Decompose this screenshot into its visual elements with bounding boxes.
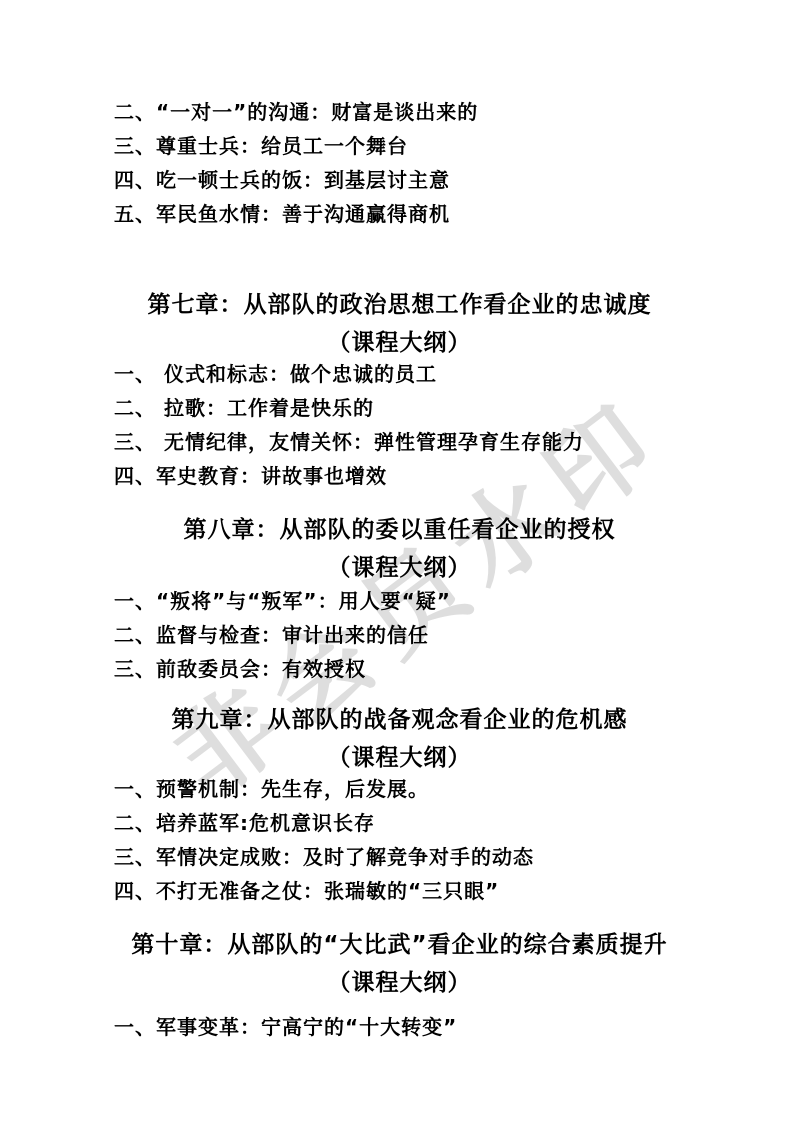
outline-item: 二、 拉歌：工作着是快乐的 bbox=[114, 391, 685, 425]
outline-list-chapter-9: 一、预警机制：先生存，后发展。 二、培养蓝军:危机意识长存 三、军情决定成败：及… bbox=[114, 772, 685, 908]
outline-item: 二、培养蓝军:危机意识长存 bbox=[114, 806, 685, 840]
chapter-title: 第十章：从部队的“大比武”看企业的综合素质提升 bbox=[114, 926, 685, 964]
chapter-subtitle: （课程大纲） bbox=[114, 964, 685, 1002]
chapter-title: 第八章：从部队的委以重任看企业的授权 bbox=[114, 511, 685, 549]
outline-item: 二、“一对一”的沟通：财富是谈出来的 bbox=[114, 95, 685, 129]
outline-item: 一、 仪式和标志：做个忠诚的员工 bbox=[114, 357, 685, 391]
outline-item: 一、预警机制：先生存，后发展。 bbox=[114, 772, 685, 806]
outline-item: 三、前敌委员会：有效授权 bbox=[114, 652, 685, 686]
outline-item: 一、军事变革：宁高宁的“十大转变” bbox=[114, 1010, 685, 1044]
outline-item: 二、监督与检查：审计出来的信任 bbox=[114, 618, 685, 652]
chapter-heading-7: 第七章：从部队的政治思想工作看企业的忠诚度 （课程大纲） bbox=[114, 286, 685, 362]
chapter-heading-8: 第八章：从部队的委以重任看企业的授权 （课程大纲） bbox=[114, 511, 685, 587]
outline-list-chapter-10: 一、军事变革：宁高宁的“十大转变” bbox=[114, 1010, 685, 1044]
chapter-heading-10: 第十章：从部队的“大比武”看企业的综合素质提升 （课程大纲） bbox=[114, 926, 685, 1002]
outline-item: 五、军民鱼水情：善于沟通赢得商机 bbox=[114, 197, 685, 231]
outline-item: 三、尊重士兵：给员工一个舞台 bbox=[114, 129, 685, 163]
outline-item: 四、军史教育：讲故事也增效 bbox=[114, 459, 685, 493]
outline-list-intro: 二、“一对一”的沟通：财富是谈出来的 三、尊重士兵：给员工一个舞台 四、吃一顿士… bbox=[114, 95, 685, 231]
outline-item: 三、军情决定成败：及时了解竞争对手的动态 bbox=[114, 840, 685, 874]
chapter-heading-9: 第九章：从部队的战备观念看企业的危机感 （课程大纲） bbox=[114, 701, 685, 777]
outline-item: 四、不打无准备之仗：张瑞敏的“三只眼” bbox=[114, 874, 685, 908]
outline-list-chapter-7: 一、 仪式和标志：做个忠诚的员工 二、 拉歌：工作着是快乐的 三、 无情纪律，友… bbox=[114, 357, 685, 493]
chapter-title: 第九章：从部队的战备观念看企业的危机感 bbox=[114, 701, 685, 739]
outline-list-chapter-8: 一、“叛将”与“叛军”：用人要“疑” 二、监督与检查：审计出来的信任 三、前敌委… bbox=[114, 584, 685, 686]
outline-item: 一、“叛将”与“叛军”：用人要“疑” bbox=[114, 584, 685, 618]
chapter-subtitle: （课程大纲） bbox=[114, 549, 685, 587]
outline-item: 三、 无情纪律，友情关怀：弹性管理孕育生存能力 bbox=[114, 425, 685, 459]
chapter-title: 第七章：从部队的政治思想工作看企业的忠诚度 bbox=[114, 286, 685, 324]
document-page: { "watermark": { "text": "非会员水印", "color… bbox=[0, 0, 793, 1122]
outline-item: 四、吃一顿士兵的饭：到基层讨主意 bbox=[114, 163, 685, 197]
